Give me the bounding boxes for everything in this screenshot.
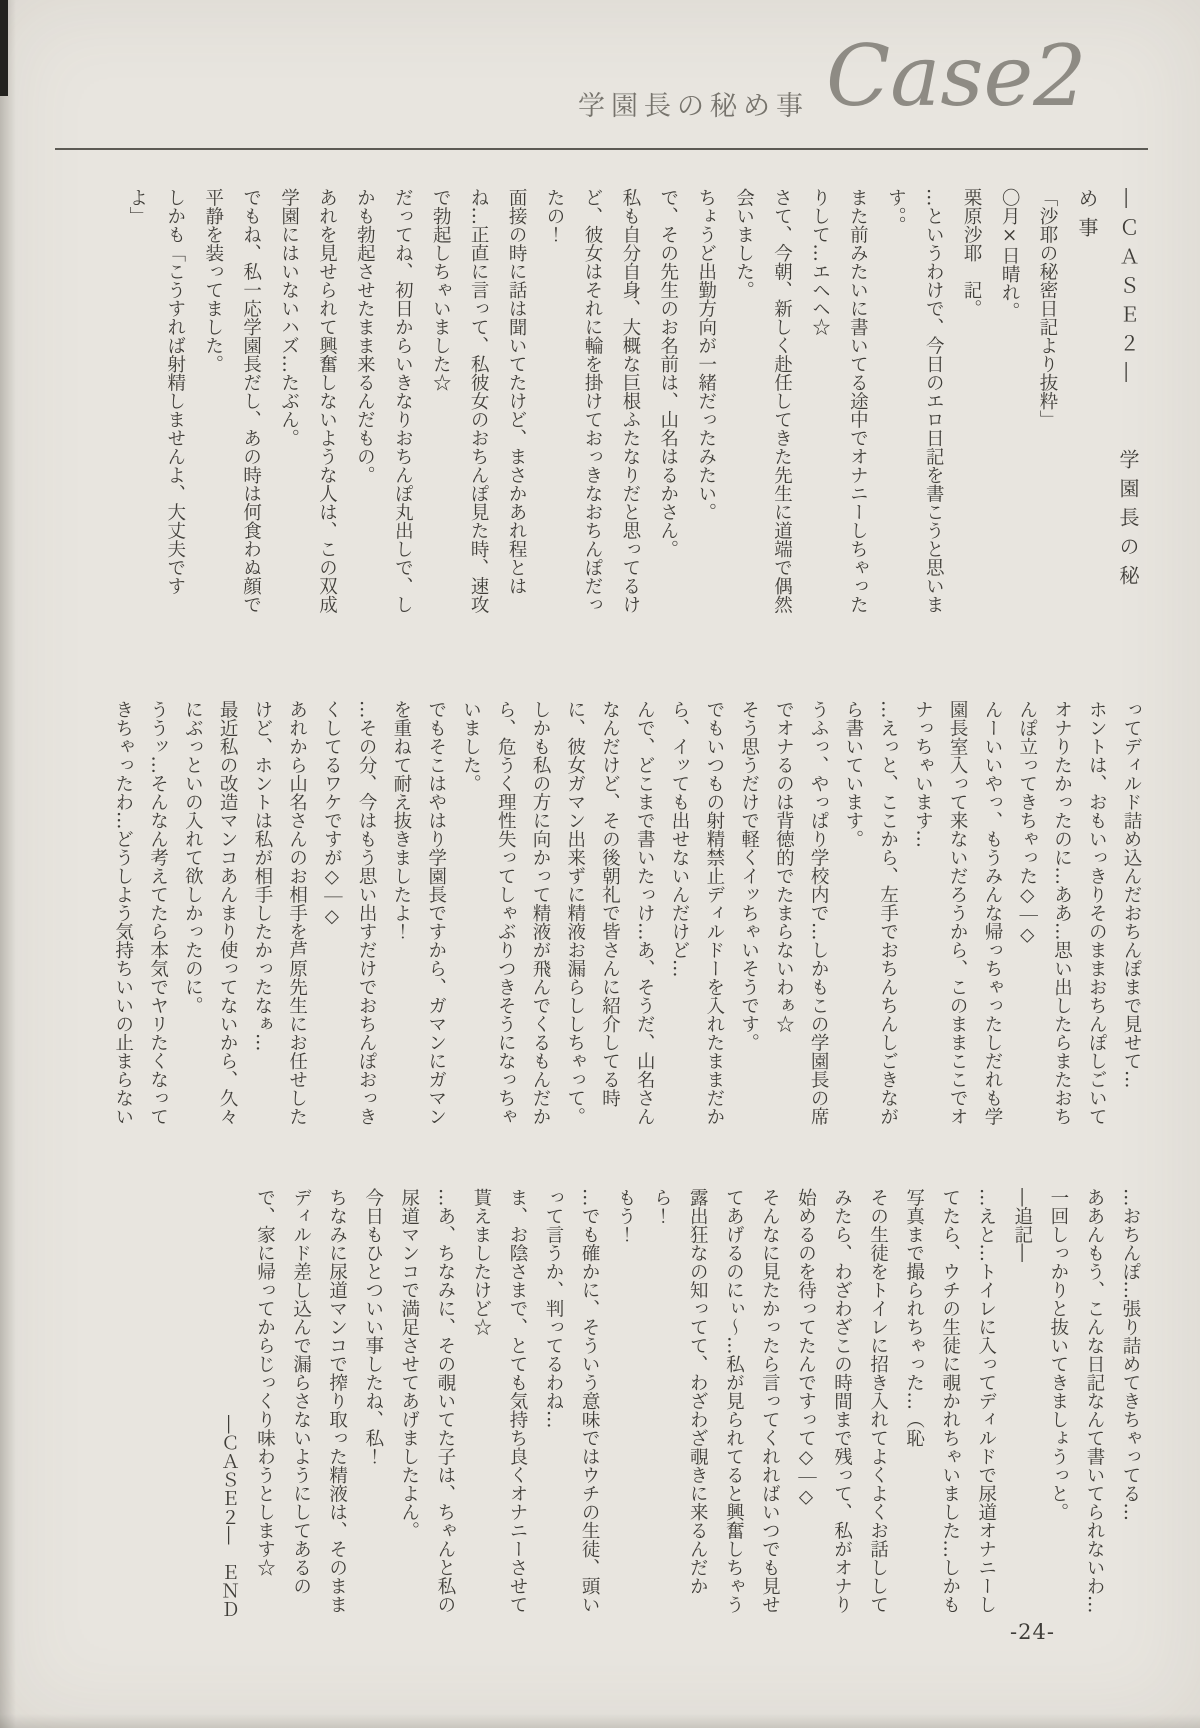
diary-text-block-2: ってディルド詰め込んだおちんぽまで見せて… ホントは、おもいっきりそのままおちん… xyxy=(52,700,1148,1130)
diary-paragraph: ま、お陰さまで、とても気持ち良くオナニーさせて貰えましたけど☆ xyxy=(463,1188,535,1618)
diary-paragraph: また前みたいに書いてる途中でオナニーしちゃったりして…エヘヘ☆ xyxy=(801,188,877,618)
scan-artifact-left-edge xyxy=(0,0,16,1728)
diary-paragraph: もう！ xyxy=(607,1188,643,1618)
scan-artifact-corner xyxy=(0,0,8,96)
diary-paragraph: ううッ…そんなん考えてたら本気でヤリたくなってきちゃったわ…どうしよう気持ちいい… xyxy=(105,700,175,1130)
header-divider xyxy=(55,148,1148,150)
diary-paragraph: んで、どこまで書いたっけ…あ、そうだ、山名さんなんだけど、その後朝礼で皆さんに紹… xyxy=(557,700,661,1130)
diary-paragraph: ―ＣＡＳＥ２― 学園長の秘め事 xyxy=(1066,188,1148,618)
diary-paragraph: んーいいやっ、もうみんな帰っちゃったしだれも学園長室入って来ないだろうから、この… xyxy=(905,700,1009,1130)
diary-paragraph: でもいつもの射精禁止ディルドーを入れたままだから、イッても出せないんだけど… xyxy=(661,700,731,1130)
diary-paragraph: だってね、初日からいきなりおちんぽ丸出しで、しかも勃起させたまま来るんだもの。 xyxy=(345,188,421,618)
diary-paragraph: その生徒をトイレに招き入れてよくよくお話ししてみたら、わざわざこの時間まで残って… xyxy=(787,1188,895,1618)
diary-paragraph: ちょうど出勤方向が一緒だったみたい。 xyxy=(687,188,725,618)
diary-paragraph: ホントは、おもいっきりそのままおちんぽしごいてオナりたかったのに…ああ…思い出し… xyxy=(1009,700,1113,1130)
diary-paragraph: ああんもう、こんな日記なんて書いてられないわ…一回しっかりと抜いてきましょうっと… xyxy=(1040,1188,1112,1618)
chapter-subtitle: 学園長の秘め事 xyxy=(578,84,809,123)
diary-page: 学園長の秘め事 Case2 ―ＣＡＳＥ２― 学園長の秘め事 「沙耶の秘密日記より… xyxy=(0,0,1200,1728)
diary-paragraph: でもそこはやはり学園長ですから、ガマンにガマンを重ねて耐え抜きましたよ！ xyxy=(383,700,453,1130)
diary-paragraph: 栗原沙耶 記。 xyxy=(952,188,990,618)
diary-paragraph: さて、今朝、新しく赴任してきた先生に道端で偶然会いました。 xyxy=(725,188,801,618)
diary-paragraph: でもね、私一応学園長だし、あの時は何食わぬ顔で平静を装ってました。 xyxy=(194,188,270,618)
diary-text-block-1: ―ＣＡＳＥ２― 学園長の秘め事 「沙耶の秘密日記より抜粋」 〇月×日晴れ。 栗原… xyxy=(52,188,1148,618)
diary-paragraph: 「沙耶の秘密日記より抜粋」 xyxy=(1028,188,1066,618)
diary-paragraph: あれから山名さんのお相手を芦原先生にお任せしたけど、ホントは私が相手したかったな… xyxy=(244,700,314,1130)
scan-artifact-bottom-edge xyxy=(0,1714,1200,1728)
diary-paragraph: 〇月×日晴れ。 xyxy=(990,188,1028,618)
diary-paragraph: ―追記― xyxy=(1004,1188,1040,1618)
diary-paragraph: うふっ、やっぱり学校内で…しかもこの学園長の席でオナるのは背徳的でたまらないわぁ… xyxy=(766,700,836,1130)
diary-paragraph: …その分、今はもう思い出すだけでおちんぽおっきくしてるワケですが◇｜◇ xyxy=(314,700,384,1130)
page-number: -24- xyxy=(1010,1620,1055,1644)
diary-paragraph: …えと…トイレに入ってディルドで尿道オナニーしてたら、ウチの生徒に覗かれちゃいま… xyxy=(896,1188,1004,1618)
diary-paragraph: ちなみに尿道マンコで搾り取った精液は、そのままディルド差し込んで漏らさないように… xyxy=(246,1188,354,1618)
diary-paragraph: 面接の時に話は聞いてたけど、まさかあれ程とはね…正直に言って、私彼女のおちんぽ見… xyxy=(421,188,535,618)
diary-paragraph: …でも確かに、そういう意味ではウチの生徒、頭いって言うか、判ってるわね… xyxy=(535,1188,607,1618)
diary-paragraph: 私も自分自身、大概な巨根ふたなりだと思ってるけど、彼女はそれに輪を掛けておっきな… xyxy=(535,188,649,618)
diary-paragraph: ってディルド詰め込んだおちんぽまで見せて… xyxy=(1113,700,1148,1130)
diary-paragraph: で、その先生のお名前は、山名はるかさん。 xyxy=(649,188,687,618)
diary-paragraph: あれを見せられて興奮しないような人は、この双成学園にはいないハズ…たぶん。 xyxy=(270,188,346,618)
diary-paragraph: …おちんぽ…張り詰めてきちゃってる… xyxy=(1112,1188,1148,1618)
diary-paragraph: しかも私の方に向かって精液が飛んでくるもんだから、危うく理性失ってしゃぶりつきそ… xyxy=(453,700,557,1130)
diary-paragraph: 最近私の改造マンコあんまり使ってないから、久々にぶっといの入れて欲しかったのに。 xyxy=(175,700,245,1130)
diary-paragraph: そんなに見たかったら言ってくれればいつでも見せてあげるのにぃ〜…私が見られてると… xyxy=(643,1188,787,1618)
diary-paragraph: …というわけで、今日のエロ日記を書こうと思います。。 xyxy=(876,188,952,618)
diary-paragraph: 今日もひとついい事したね、私！ xyxy=(355,1188,391,1618)
diary-paragraph: …えっと、ここから、左手でおちんちんしごきながら書いています。 xyxy=(835,700,905,1130)
diary-paragraph: そう思うだけで軽くイッちゃいそうです。 xyxy=(731,700,766,1130)
diary-paragraph: しかも「こうすれば射精しませんよ、大丈夫ですよ」 xyxy=(118,188,194,618)
diary-paragraph: ―ＣＡＳＥ２― ＥＮＤ xyxy=(210,1188,246,1618)
diary-text-block-3: …おちんぽ…張り詰めてきちゃってる… ああんもう、こんな日記なんて書いてられない… xyxy=(52,1188,1148,1618)
chapter-title: Case2 xyxy=(826,30,1087,122)
diary-paragraph: …あ、ちなみに、その覗いてた子は、ちゃんと私の尿道マンコで満足させてあげましたよ… xyxy=(391,1188,463,1618)
